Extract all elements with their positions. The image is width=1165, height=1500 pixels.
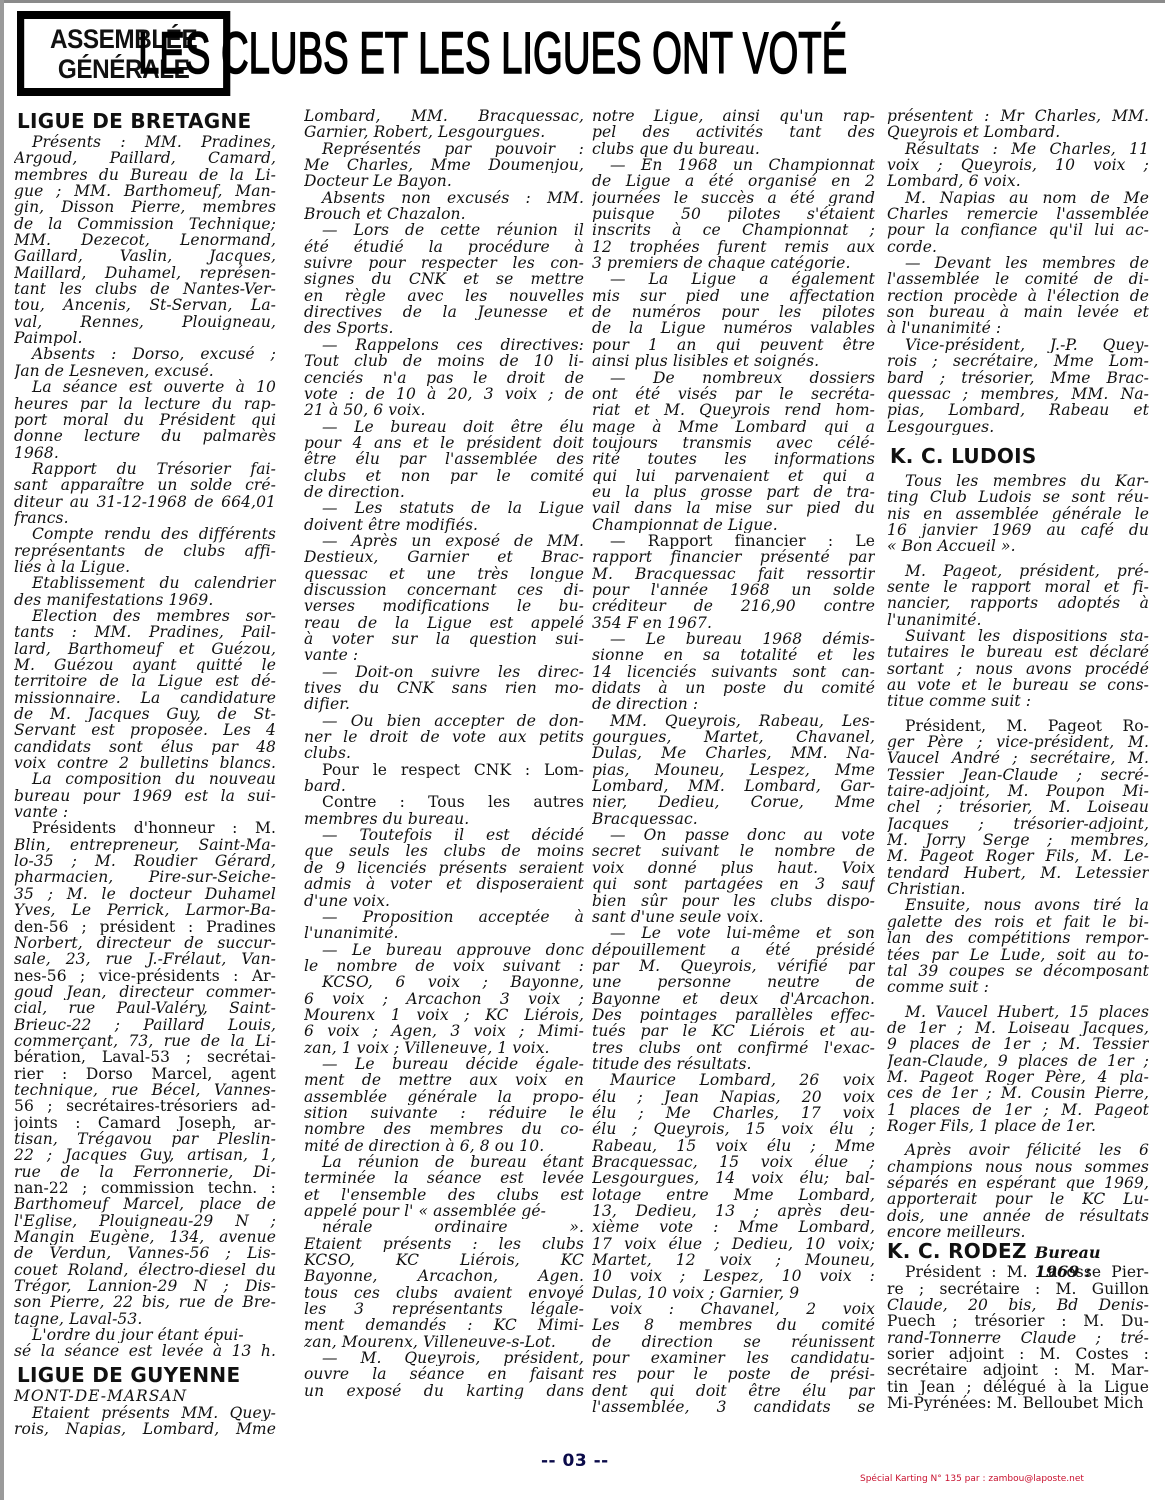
text-line: Jan de Lesneven, excusé.	[14, 363, 276, 379]
text-line: 10 voix ; Lespez, 10 voix :	[592, 1268, 875, 1284]
text-line: zan, Mourenx, Villeneuve-s-Lot.	[304, 1334, 584, 1350]
text-line: Président, M. Pageot Ro-	[887, 718, 1149, 734]
text-line: — Devant les membres de	[887, 255, 1149, 271]
text-line: clubs que du bureau.	[592, 141, 875, 157]
text-line: voix ; Queyrois, 10 voix ;	[887, 157, 1149, 173]
section-title-kc-ludois: K. C. LUDOIS	[890, 445, 1149, 467]
text-line: 1968.	[14, 445, 276, 461]
page-border-left	[0, 0, 4, 1500]
text-line: 6 voix ; Arcachon 3 voix ;	[304, 991, 584, 1007]
guyenne-body-col3: notre Ligue, ainsi qu'un rap-pel des act…	[592, 108, 875, 1416]
text-line: reau de la Ligue est appelé	[304, 615, 584, 631]
text-line: de 9 licenciés présents seraient	[304, 860, 584, 876]
text-line: tées par Le Lude, soit au to-	[887, 947, 1149, 963]
text-line: 22 ; Jacques Guy, artisan, 1,	[14, 1147, 276, 1163]
text-line: KCSO, 6 voix ; Bayonne,	[304, 974, 584, 990]
text-line: rapport financier présenté par	[592, 549, 875, 565]
text-line: francs.	[14, 510, 276, 526]
text-line: — La Ligue a également	[592, 271, 875, 287]
text-line: Gaillard, Vaslin, Jacques,	[14, 248, 276, 264]
text-line: de Verdun, Vannes-56 ; Lis-	[14, 1245, 276, 1261]
text-line: lo-35 ; M. Roudier Gérard,	[14, 853, 276, 869]
text-line: M. Bracquessac fait ressortir	[592, 566, 875, 582]
text-line: technique, rue Bécel, Vannes-	[14, 1082, 276, 1098]
column-3: notre Ligue, ainsi qu'un rap-pel des act…	[592, 108, 875, 1416]
text-line: rois ; secrétaire, Mme Lom-	[887, 353, 1149, 369]
text-line: de direction.	[304, 484, 584, 500]
text-line: — Rappelons ces directives:	[304, 337, 584, 353]
text-line: sionne en sa totalité et les	[592, 647, 875, 663]
text-line: Rabeau, 15 voix élu ; Mme	[592, 1138, 875, 1154]
text-line: vante :	[14, 804, 276, 820]
text-line: champions nous nous sommes	[887, 1159, 1149, 1175]
text-line: chel ; trésorier, M. Loiseau	[887, 799, 1149, 815]
text-line: 17 voix élue ; Dedieu, 10 voix;	[592, 1236, 875, 1252]
text-line: La réunion de bureau étant	[304, 1154, 584, 1170]
text-line: — Le bureau 1968 démis-	[592, 631, 875, 647]
text-line: diteur au 31-12-1968 de 664,01	[14, 494, 276, 510]
text-line: d'une voix.	[304, 893, 584, 909]
text-line: Queyrois et Lombard.	[887, 124, 1149, 140]
text-line: goud Jean, directeur commer-	[14, 984, 276, 1000]
text-line: M. Napias au nom de Me	[887, 190, 1149, 206]
text-line: tisan, Trégavou par Pleslin-	[14, 1131, 276, 1147]
text-line: que seuls les clubs de moins	[304, 843, 584, 859]
text-line: M. Pageot Roger Fils, M. Le-	[887, 848, 1149, 864]
text-line: sorier adjoint : M. Costes :	[887, 1346, 1149, 1362]
text-line: Dulas, Me Charles, MM. Na-	[592, 745, 875, 761]
text-line: titue comme suit :	[887, 693, 1149, 709]
guyenne-body: Etaient présents MM. Quey-rois, Napias, …	[14, 1405, 276, 1438]
text-line: Norbert, directeur de succur-	[14, 935, 276, 951]
text-line: discussion concernant ces di-	[304, 582, 584, 598]
text-line: Vaucel André ; secrétaire, M.	[887, 750, 1149, 766]
text-line: Contre : Tous les autres	[304, 794, 584, 810]
text-line: membres du Bureau de la Li-	[14, 167, 276, 183]
text-line: rois, Napias, Lombard, Mme	[14, 1421, 276, 1437]
text-line: notre Ligue, ainsi qu'un rap-	[592, 108, 875, 124]
text-line: élu ; Me Charles, 17 voix	[592, 1105, 875, 1121]
text-line: présentent : Mr Charles, MM.	[887, 108, 1149, 124]
text-line: son bureau à main levée et	[887, 304, 1149, 320]
text-line: suivre pour respecter les con-	[304, 255, 584, 271]
text-line: Trégor, Lannion-29 N ; Dis-	[14, 1278, 276, 1294]
text-line: zan, 1 voix ; Villeneuve, 1 voix.	[304, 1040, 584, 1056]
text-line: Puech ; trésorier : M. Du-	[887, 1313, 1149, 1329]
text-line: des Sports.	[304, 320, 584, 336]
text-line: mage à Mme Lombard qui a	[592, 419, 875, 435]
text-line: Docteur Le Bayon.	[304, 173, 584, 189]
text-line: 14 licenciés suivants sont can-	[592, 664, 875, 680]
text-line: lotage entre Mme Lombard,	[592, 1187, 875, 1203]
text-line: Compte rendu des différents	[14, 526, 276, 542]
text-line: Charles remercie l'assemblée	[887, 206, 1149, 222]
text-line: Garnier, Robert, Lesgourgues.	[304, 124, 584, 140]
text-line: Mourenx 1 voix ; KC Liérois,	[304, 1007, 584, 1023]
text-line: Ensuite, nous avons tiré la	[887, 897, 1149, 913]
text-line: séparés en espérant que 1969,	[887, 1175, 1149, 1191]
text-line: dent qui doit être élu par	[592, 1383, 875, 1399]
text-line: — Doit-on suivre les direc-	[304, 664, 584, 680]
text-line: Bayonne et deux d'Arcachon.	[592, 991, 875, 1007]
text-line: pias, Lombard, Rabeau et	[887, 402, 1149, 418]
text-line: sente le rapport moral et fi-	[887, 579, 1149, 595]
text-line: Jacques ; trésorier-adjoint,	[887, 816, 1149, 832]
text-line: ment de mettre aux voix en	[304, 1072, 584, 1088]
text-line: le nombre de voix suivant :	[304, 958, 584, 974]
text-line: Claude, 20 bis, Bd Denis-	[887, 1297, 1149, 1313]
text-line: Absents non excusés : MM.	[304, 190, 584, 206]
text-line: toujours transmis avec célé-	[592, 435, 875, 451]
text-line: — Le bureau doit être élu	[304, 419, 584, 435]
text-line: ting Club Ludois se sont réu-	[887, 489, 1149, 505]
text-line: Servant est proposée. Les 4	[14, 722, 276, 738]
text-line: tutaires le bureau est déclaré	[887, 644, 1149, 660]
text-line: 12 trophées furent remis aux	[592, 239, 875, 255]
text-line: — Toutefois il est décidé	[304, 827, 584, 843]
text-line: titude des résultats.	[592, 1056, 875, 1072]
text-line: terminée la séance est levée	[304, 1170, 584, 1186]
text-line: couet Roland, électro-diesel du	[14, 1262, 276, 1278]
text-line: de direction se réunissent	[592, 1334, 875, 1350]
text-line: sé la séance est levée à 13 h.	[14, 1343, 276, 1359]
text-line: — Après un exposé de MM.	[304, 533, 584, 549]
text-line: gue ; MM. Barthomeuf, Man-	[14, 183, 276, 199]
text-line: Les 8 membres du comité	[592, 1317, 875, 1333]
text-line: val, Rennes, Plouigneau,	[14, 314, 276, 330]
text-line: Représentés par pouvoir :	[304, 141, 584, 157]
text-line: Brouch et Chazalon.	[304, 206, 584, 222]
text-line: — Rapport financier : Le	[592, 533, 875, 549]
text-line: nancier, rapports adoptés à	[887, 595, 1149, 611]
ludois-report: M. Pageot, président, pré-sente le rappo…	[887, 563, 1149, 710]
text-line: membres du bureau.	[304, 811, 584, 827]
text-line: Lombard, MM. Bracquessac,	[304, 108, 584, 124]
text-line: de la Ligue numéros valables	[592, 320, 875, 336]
text-line: tin Jean ; délégué à la Ligue	[887, 1379, 1149, 1395]
text-line: secrétaire adjoint : M. Mar-	[887, 1362, 1149, 1378]
rodez-body: Président : M. Lacosse Pier-re ; secréta…	[887, 1264, 1149, 1411]
ludois-closing: Après avoir félicité les 6champions nous…	[887, 1142, 1149, 1240]
text-line: l'assemblée le comité de di-	[887, 271, 1149, 287]
text-line: tants : MM. Pradines, Pail-	[14, 624, 276, 640]
text-line: tives du CNK sans rien mo-	[304, 680, 584, 696]
text-line: didats à un poste du comité	[592, 680, 875, 696]
text-line: rue de la Ferronnerie, Di-	[14, 1164, 276, 1180]
text-line: Après avoir félicité les 6	[887, 1142, 1149, 1158]
text-line: nes-56 ; vice-présidents : Ar-	[14, 968, 276, 984]
text-line: par M. Queyrois, vérifié par	[592, 958, 875, 974]
text-line: — Les statuts de la Ligue	[304, 500, 584, 516]
text-line: Maurice Lombard, 26 voix	[592, 1072, 875, 1088]
text-line: taire-adjoint, M. Poupon Mi-	[887, 783, 1149, 799]
text-line: — De nombreux dossiers	[592, 370, 875, 386]
text-line: Martet, 12 voix ; Mouneu,	[592, 1252, 875, 1268]
text-line: de 1er ; M. Loiseau Jacques,	[887, 1020, 1149, 1036]
text-line: Bracquessac, 15 voix élue ;	[592, 1154, 875, 1170]
text-line: qui lui parvenaient et qui a	[592, 468, 875, 484]
text-line: missionnaire. La candidature	[14, 690, 276, 706]
text-line: nérale ordinaire ».	[304, 1219, 584, 1235]
text-line: riat et M. Queyrois rend hom-	[592, 402, 875, 418]
text-line: appelé pour l' « assemblée gé-	[304, 1203, 584, 1219]
text-line: res pour le poste de prési-	[592, 1366, 875, 1382]
article-headline: LES CLUBS ET LES LIGUES ONT VOTÉ	[138, 14, 864, 94]
text-line: Blin, entrepreneur, Saint-Ma-	[14, 837, 276, 853]
text-line: 16 janvier 1969 au café du	[887, 522, 1149, 538]
text-line: gourgues, Martet, Chavanel,	[592, 729, 875, 745]
text-line: — Le vote lui-même et son	[592, 925, 875, 941]
page-number: -- 03 --	[541, 1451, 609, 1471]
text-line: les 3 représentants légale-	[304, 1301, 584, 1317]
text-line: puisque 50 pilotes s'étaient	[592, 206, 875, 222]
text-line: Yves, Le Perrick, Larmor-Ba-	[14, 902, 276, 918]
text-line: mis sur pied une affectation	[592, 288, 875, 304]
page-border-top	[0, 0, 1165, 3]
text-line: M. Jorry Serge ; membres,	[887, 832, 1149, 848]
text-line: difier.	[304, 696, 584, 712]
text-line: l'unanimité.	[304, 925, 584, 941]
text-line: tres clubs ont confirmé l'exac-	[592, 1040, 875, 1056]
text-line: Lombard, MM. Lombard, Gar-	[592, 778, 875, 794]
text-line: représentants de clubs affi-	[14, 543, 276, 559]
text-line: pour 4 ans et le président doit	[304, 435, 584, 451]
text-line: directives de la Jeunesse et	[304, 304, 584, 320]
column-4: présentent : Mr Charles, MM.Queyrois et …	[887, 108, 1149, 1411]
text-line: dépouillement a été présidé	[592, 942, 875, 958]
text-line: voix : Chavanel, 2 voix	[592, 1301, 875, 1317]
text-line: Résultats : Me Charles, 11	[887, 141, 1149, 157]
text-line: 56 ; secrétaires-trésoriers ad-	[14, 1098, 276, 1114]
text-line: pour l'année 1968 un solde	[592, 582, 875, 598]
text-line: 13, Dedieu, 13 ; après deu-	[592, 1203, 875, 1219]
text-line: ner le droit de vote aux petits	[304, 729, 584, 745]
section-title-guyenne: LIGUE DE GUYENNE	[17, 1364, 276, 1386]
text-line: clubs et non par le comité	[304, 468, 584, 484]
text-line: Tout club de moins de 10 li-	[304, 353, 584, 369]
text-line: 21 à 50, 6 voix.	[304, 402, 584, 418]
text-line: Mangin Eugène, 134, avenue	[14, 1229, 276, 1245]
guyenne-subtitle: MONT-DE-MARSAN	[14, 1388, 276, 1405]
text-line: Suivant les dispositions sta-	[887, 628, 1149, 644]
text-line: 9 places de 1er ; M. Tessier	[887, 1036, 1149, 1052]
text-line: doivent être modifiés.	[304, 517, 584, 533]
text-line: cenciés n'a pas le droit de	[304, 370, 584, 386]
text-line: Maillard, Duhamel, représen-	[14, 265, 276, 281]
text-line: Tous les membres du Kar-	[887, 473, 1149, 489]
text-line: pour 1 an qui peuvent être	[592, 337, 875, 353]
text-line: liés à la Ligue.	[14, 559, 276, 575]
text-line: 1 places de 1er ; M. Pageot	[887, 1102, 1149, 1118]
text-line: inscrits à ce Championnat ;	[592, 222, 875, 238]
text-line: re ; secrétaire : M. Guillon	[887, 1281, 1149, 1297]
text-line: Championnat de Ligue.	[592, 517, 875, 533]
text-line: MM. Dezecot, Lenormand,	[14, 232, 276, 248]
text-line: être élu par l'assemblée des	[304, 451, 584, 467]
text-line: ainsi plus lisibles et soignés.	[592, 353, 875, 369]
text-line: pour la confiance qu'il lui ac-	[887, 222, 1149, 238]
text-line: nis en assemblée générale le	[887, 506, 1149, 522]
text-line: de Ligue a été organisé en 2	[592, 173, 875, 189]
text-line: tant les clubs de Nantes-Ver-	[14, 281, 276, 297]
text-line: bard.	[304, 778, 584, 794]
text-line: Me Charles, Mme Doumenjou,	[304, 157, 584, 173]
text-line: de direction :	[592, 696, 875, 712]
text-line: — Le bureau approuve donc	[304, 942, 584, 958]
text-line: tou, Ancenis, St-Servan, La-	[14, 297, 276, 313]
text-line: tous ces clubs avaient envoyé	[304, 1285, 584, 1301]
text-line: — Lors de cette réunion il	[304, 222, 584, 238]
text-line: — En 1968 un Championnat	[592, 157, 875, 173]
text-line: quessac ; membres, MM. Na-	[887, 386, 1149, 402]
text-line: lan des compétitions rempor-	[887, 930, 1149, 946]
text-line: ger Père ; vice-président, M.	[887, 734, 1149, 750]
text-line: sant d'une seule voix.	[592, 909, 875, 925]
text-line: signes du CNK et se mettre	[304, 271, 584, 287]
text-line: — M. Queyrois, président,	[304, 1350, 584, 1366]
text-line: ont été visés par le secréta-	[592, 386, 875, 402]
text-line: des manifestations 1969.	[14, 592, 276, 608]
text-line: pel des activités tant des	[592, 124, 875, 140]
text-line: — Proposition acceptée à	[304, 909, 584, 925]
text-line: une personne neutre de	[592, 974, 875, 990]
text-line: rité toutes les informations	[592, 451, 875, 467]
text-line: den-56 ; président : Pradines	[14, 919, 276, 935]
ludois-intro: Tous les membres du Kar-ting Club Ludois…	[887, 473, 1149, 555]
text-line: Absents : Dorso, excusé ;	[14, 346, 276, 362]
text-line: Dulas, 10 voix ; Garnier, 9	[592, 1285, 875, 1301]
text-line: sition suivante : réduire le	[304, 1105, 584, 1121]
text-line: tués par le KC Liérois et au-	[592, 1023, 875, 1039]
text-line: Pour le respect CNK : Lom-	[304, 762, 584, 778]
text-line: Jean-Claude, 9 places de 1er ;	[887, 1053, 1149, 1069]
text-line: 35 ; M. le docteur Duhamel	[14, 886, 276, 902]
text-line: au vote et le bureau se cons-	[887, 677, 1149, 693]
text-line: sant apparaître un solde cré-	[14, 477, 276, 493]
section-title-kc-rodez-row: K. C. RODEZ Bureau 1969 :	[887, 1240, 1149, 1264]
text-line: nier, Dedieu, Corue, Mme	[592, 794, 875, 810]
guyenne-body-col4: présentent : Mr Charles, MM.Queyrois et …	[887, 108, 1149, 435]
text-line: xième vote : Mme Lombard,	[592, 1219, 875, 1235]
text-line: admis à voter et disposeraient	[304, 876, 584, 892]
text-line: galette des rois et fait le bi-	[887, 914, 1149, 930]
text-line: et l'ensemble des clubs est	[304, 1187, 584, 1203]
text-line: ment demandés : KC Mimi-	[304, 1317, 584, 1333]
text-line: gin, Disson Pierre, membres	[14, 199, 276, 215]
text-line: joints : Camard Joseph, ar-	[14, 1115, 276, 1131]
text-line: Lesgourgues.	[887, 419, 1149, 435]
text-line: M. Pageot Roger Père, 4 pla-	[887, 1069, 1149, 1085]
text-line: bard ; trésorier, Mme Brac-	[887, 370, 1149, 386]
text-line: un exposé du karting dans	[304, 1383, 584, 1399]
text-line: voix contre 2 bulletins blancs.	[14, 755, 276, 771]
text-line: La composition du nouveau	[14, 771, 276, 787]
text-line: l'assemblée, 3 candidats se	[592, 1399, 875, 1415]
text-line: créditeur de 216,90 contre	[592, 598, 875, 614]
text-line: 6 voix ; Agen, 3 voix ; Mimi-	[304, 1023, 584, 1039]
text-line: l'Eglise, Plouigneau-29 N ;	[14, 1213, 276, 1229]
text-line: de numéros pour les pilotes	[592, 304, 875, 320]
text-line: Etablissement du calendrier	[14, 575, 276, 591]
text-line: Bracquessac.	[592, 811, 875, 827]
text-line: — On passe donc au vote	[592, 827, 875, 843]
text-line: Présents : MM. Pradines,	[14, 134, 276, 150]
text-line: élu ; Queyrois, 15 voix élu ;	[592, 1121, 875, 1137]
text-line: Paimpol.	[14, 330, 276, 346]
text-line: candidats sont élus par 48	[14, 739, 276, 755]
text-line: vail dans la mise sur pied du	[592, 500, 875, 516]
text-line: rection procède à l'élection de	[887, 288, 1149, 304]
text-line: de la Commission Technique;	[14, 216, 276, 232]
text-line: pour examiner les candidatu-	[592, 1350, 875, 1366]
text-line: bureau pour 1969 est la sui-	[14, 788, 276, 804]
text-line: rand-Tonnerre Claude ; tré-	[887, 1330, 1149, 1346]
text-line: territoire de la Ligue est dé-	[14, 673, 276, 689]
text-line: son Pierre, 22 bis, rue de Bre-	[14, 1294, 276, 1310]
text-line: eu la plus grosse part de tra-	[592, 484, 875, 500]
text-line: Vice-président, J.-P. Quey-	[887, 337, 1149, 353]
text-line: été étudié la procédure à	[304, 239, 584, 255]
text-line: 354 F en 1967.	[592, 615, 875, 631]
text-line: MM. Queyrois, Rabeau, Les-	[592, 713, 875, 729]
text-line: tagne, Laval-53.	[14, 1311, 276, 1327]
text-line: élu ; Jean Napias, 20 voix	[592, 1089, 875, 1105]
text-line: M. Pageot, président, pré-	[887, 563, 1149, 579]
text-line: Rapport du Trésorier fai-	[14, 461, 276, 477]
column-2: Lombard, MM. Bracquessac,Garnier, Robert…	[304, 108, 584, 1399]
text-line: Lesgourgues, 14 voix élu; bal-	[592, 1170, 875, 1186]
text-line: — Ou bien accepter de don-	[304, 713, 584, 729]
text-line: dois, une année de résultats	[887, 1208, 1149, 1224]
text-line: de M. Jacques Guy, de St-	[14, 706, 276, 722]
text-line: Christian.	[887, 881, 1149, 897]
text-line: en règle avec les nouvelles	[304, 288, 584, 304]
text-line: rier : Dorso Marcel, agent	[14, 1066, 276, 1082]
text-line: vote : de 10 à 20, 3 voix ; de	[304, 386, 584, 402]
scan-credit: Spécial Karting N° 135 par : zambou@lapo…	[860, 1474, 1084, 1484]
section-title-kc-rodez: K. C. RODEZ	[887, 1240, 1027, 1262]
text-line: bien sûr pour les clubs dispo-	[592, 893, 875, 909]
bretagne-body: Présents : MM. Pradines,Argoud, Paillard…	[14, 134, 276, 1360]
text-line: M. Vaucel Hubert, 15 places	[887, 1004, 1149, 1020]
text-line: Tessier Jean-Claude ; secré-	[887, 767, 1149, 783]
text-line: Argoud, Paillard, Camard,	[14, 150, 276, 166]
text-line: La séance est ouverte à 10	[14, 379, 276, 395]
text-line: Président : M. Lacosse Pier-	[887, 1264, 1149, 1280]
text-line: Destieux, Garnier et Brac-	[304, 549, 584, 565]
text-line: sortant ; nous avons procédé	[887, 661, 1149, 677]
text-line: secret suivant le nombre de	[592, 843, 875, 859]
section-title-bretagne: LIGUE DE BRETAGNE	[17, 110, 276, 132]
text-line: Brieuc-22 ; Paillard Louis,	[14, 1017, 276, 1033]
text-line: ouvre la séance en faisant	[304, 1366, 584, 1382]
text-line: lard, Barthomeuf et Guézou,	[14, 641, 276, 657]
text-line: assemblée générale la propo-	[304, 1089, 584, 1105]
text-line: mité de direction à 6, 8 ou 10.	[304, 1138, 584, 1154]
text-line: port moral du Président qui	[14, 412, 276, 428]
text-line: donne lecture du palmarès	[14, 428, 276, 444]
text-line: quessac et une très longue	[304, 566, 584, 582]
text-line: Des pointages parallèles effec-	[592, 1007, 875, 1023]
text-line: journées le succès a été grand	[592, 190, 875, 206]
text-line: commerçant, 73, rue de la Li-	[14, 1033, 276, 1049]
text-line: pharmacien, Pire-sur-Seiche-	[14, 869, 276, 885]
text-line: encore meilleurs.	[887, 1224, 1149, 1240]
text-line: Mi-Pyrénées: M. Belloubet Mich	[887, 1395, 1149, 1411]
ludois-results: M. Vaucel Hubert, 15 placesde 1er ; M. L…	[887, 1004, 1149, 1135]
text-line: KCSO, KC Liérois, KC	[304, 1252, 584, 1268]
text-line: clubs.	[304, 745, 584, 761]
